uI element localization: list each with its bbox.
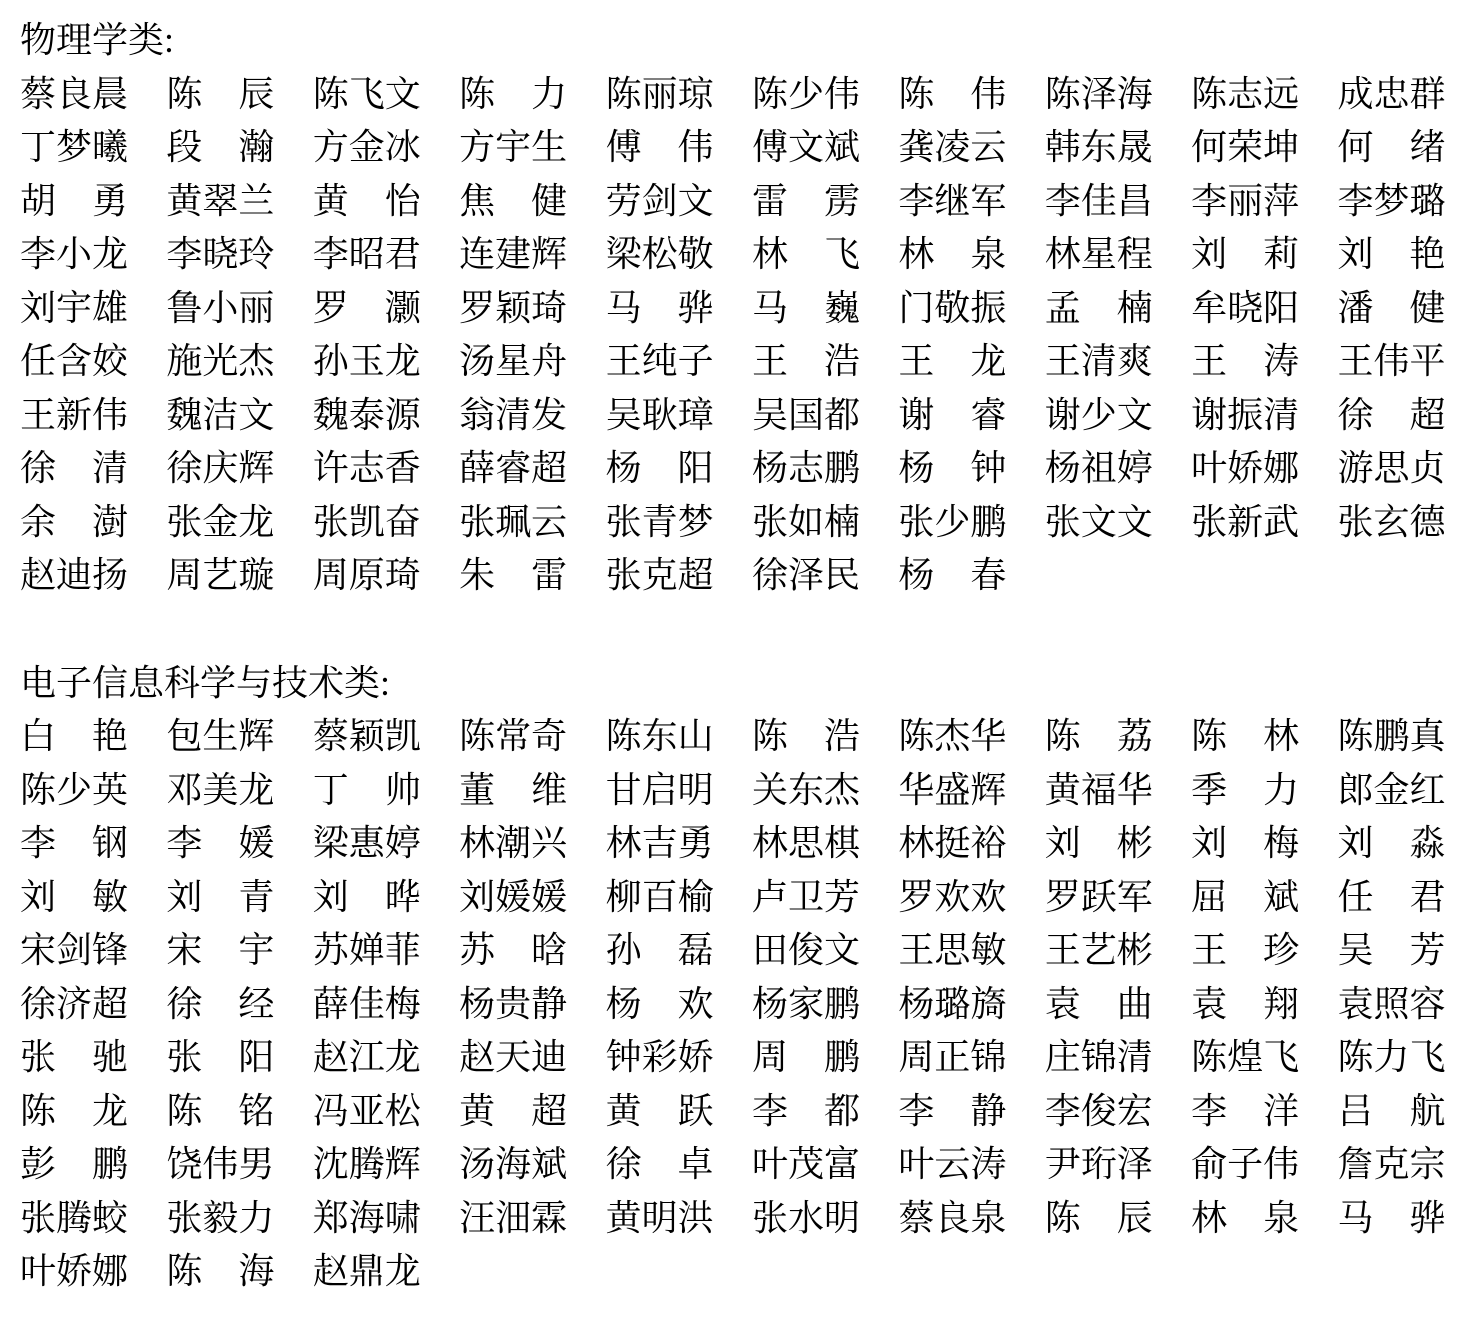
student-name: 袁曲	[1045, 978, 1153, 1032]
student-name: 潘健	[1338, 282, 1446, 336]
name-row: 王新伟魏洁文魏泰源翁清发吴耿璋吴国都谢睿谢少文谢振清徐超	[20, 389, 1444, 443]
student-name: 关东杰	[752, 764, 860, 818]
student-name: 吴耿璋	[606, 389, 714, 443]
student-name: 王伟平	[1338, 335, 1446, 389]
student-name: 陈少伟	[752, 68, 860, 122]
student-name: 李静	[898, 1085, 1006, 1139]
section-physics: 物理学类: 蔡良晨陈辰陈飞文陈力陈丽琼陈少伟陈伟陈泽海陈志远成忠群丁梦曦段瀚方金…	[20, 14, 1444, 603]
student-name: 王涛	[1191, 335, 1299, 389]
name-row: 赵迪扬周艺璇周原琦朱雷张克超徐泽民杨春	[20, 549, 1444, 603]
student-name: 李洋	[1191, 1085, 1299, 1139]
student-name: 董维	[459, 764, 567, 818]
student-name: 林吉勇	[606, 817, 714, 871]
student-name: 陈飞文	[313, 68, 421, 122]
student-name: 罗颖琦	[459, 282, 567, 336]
student-name: 卢卫芳	[752, 871, 860, 925]
student-name: 袁翔	[1191, 978, 1299, 1032]
student-name: 张克超	[606, 549, 714, 603]
student-name: 王龙	[898, 335, 1006, 389]
name-grid-electronic-info: 白艳包生辉蔡颖凯陈常奇陈东山陈浩陈杰华陈荔陈林陈鹏真陈少英邓美龙丁帅董维甘启明关…	[20, 710, 1444, 1299]
name-row: 刘敏刘青刘晔刘媛媛柳百榆卢卫芳罗欢欢罗跃军屈斌任君	[20, 871, 1444, 925]
student-name: 胡勇	[20, 175, 128, 229]
student-name: 李继军	[898, 175, 1006, 229]
student-name: 张阳	[166, 1031, 274, 1085]
student-name: 徐经	[166, 978, 274, 1032]
student-name: 赵江龙	[313, 1031, 421, 1085]
student-name: 连建辉	[459, 228, 567, 282]
student-name: 张水明	[752, 1192, 860, 1246]
name-row: 白艳包生辉蔡颖凯陈常奇陈东山陈浩陈杰华陈荔陈林陈鹏真	[20, 710, 1444, 764]
student-name: 王珍	[1191, 924, 1299, 978]
student-name: 魏洁文	[166, 389, 274, 443]
student-name: 赵天迪	[459, 1031, 567, 1085]
student-name: 张毅力	[166, 1192, 274, 1246]
student-name: 王浩	[752, 335, 860, 389]
student-name: 宋宇	[166, 924, 274, 978]
student-name: 饶伟男	[166, 1138, 274, 1192]
name-row: 蔡良晨陈辰陈飞文陈力陈丽琼陈少伟陈伟陈泽海陈志远成忠群	[20, 68, 1444, 122]
student-name: 刘彬	[1045, 817, 1153, 871]
student-name: 刘媛媛	[459, 871, 567, 925]
student-name: 刘艳	[1338, 228, 1446, 282]
student-name: 游思贞	[1338, 442, 1446, 496]
student-name: 华盛辉	[898, 764, 1006, 818]
student-name: 李佳昌	[1045, 175, 1153, 229]
name-row: 任含姣施光杰孙玉龙汤星舟王纯子王浩王龙王清爽王涛王伟平	[20, 335, 1444, 389]
student-name: 谢睿	[898, 389, 1006, 443]
student-name: 刘梅	[1191, 817, 1299, 871]
student-name: 周原琦	[313, 549, 421, 603]
student-name: 黄怡	[313, 175, 421, 229]
student-name: 杨欢	[606, 978, 714, 1032]
student-name: 陈浩	[752, 710, 860, 764]
student-name: 丁帅	[313, 764, 421, 818]
student-name: 李晓玲	[166, 228, 274, 282]
student-name: 陈力飞	[1338, 1031, 1446, 1085]
name-row: 丁梦曦段瀚方金冰方宇生傅伟傅文斌龚凌云韩东晟何荣坤何绪	[20, 121, 1444, 175]
student-name: 叶娇娜	[1191, 442, 1299, 496]
student-name: 陈常奇	[459, 710, 567, 764]
student-name: 徐清	[20, 442, 128, 496]
student-name: 刘敏	[20, 871, 128, 925]
student-name: 钟彩娇	[606, 1031, 714, 1085]
name-row: 张驰张阳赵江龙赵天迪钟彩娇周鹏周正锦庄锦清陈煌飞陈力飞	[20, 1031, 1444, 1085]
name-row: 陈龙陈铭冯亚松黄超黄跃李都李静李俊宏李洋吕航	[20, 1085, 1444, 1139]
student-name: 方宇生	[459, 121, 567, 175]
student-name: 陈伟	[898, 68, 1006, 122]
student-name: 李梦璐	[1338, 175, 1446, 229]
student-name: 徐卓	[606, 1138, 714, 1192]
student-name: 张玄德	[1338, 496, 1446, 550]
student-name: 庄锦清	[1045, 1031, 1153, 1085]
student-name: 孟楠	[1045, 282, 1153, 336]
student-name: 刘晔	[313, 871, 421, 925]
name-row: 李小龙李晓玲李昭君连建辉梁松敬林飞林泉林星程刘莉刘艳	[20, 228, 1444, 282]
student-name: 陈鹏真	[1338, 710, 1446, 764]
student-name: 黄福华	[1045, 764, 1153, 818]
name-list-document: 物理学类: 蔡良晨陈辰陈飞文陈力陈丽琼陈少伟陈伟陈泽海陈志远成忠群丁梦曦段瀚方金…	[0, 0, 1464, 1299]
student-name: 徐超	[1338, 389, 1446, 443]
student-name: 成忠群	[1338, 68, 1446, 122]
student-name: 陈龙	[20, 1085, 128, 1139]
student-name: 何绪	[1338, 121, 1446, 175]
student-name: 方金冰	[313, 121, 421, 175]
student-name: 王艺彬	[1045, 924, 1153, 978]
student-name: 杨贵静	[459, 978, 567, 1032]
student-name: 牟晓阳	[1191, 282, 1299, 336]
student-name: 杨祖婷	[1045, 442, 1153, 496]
student-name: 许志香	[313, 442, 421, 496]
student-name: 施光杰	[166, 335, 274, 389]
student-name: 甘启明	[606, 764, 714, 818]
student-name: 刘淼	[1338, 817, 1446, 871]
student-name: 韩东晟	[1045, 121, 1153, 175]
student-name: 李媛	[166, 817, 274, 871]
student-name: 陈铭	[166, 1085, 274, 1139]
student-name: 蔡良泉	[898, 1192, 1006, 1246]
student-name: 刘莉	[1191, 228, 1299, 282]
student-name: 傅伟	[606, 121, 714, 175]
student-name: 焦健	[459, 175, 567, 229]
student-name: 陈荔	[1045, 710, 1153, 764]
student-name: 季力	[1191, 764, 1299, 818]
name-row: 张腾蛟张毅力郑海啸汪沺霖黄明洪张水明蔡良泉陈辰林泉马骅	[20, 1192, 1444, 1246]
student-name: 谢振清	[1191, 389, 1299, 443]
student-name: 孙磊	[606, 924, 714, 978]
student-name: 徐泽民	[752, 549, 860, 603]
student-name: 朱雷	[459, 549, 567, 603]
student-name: 陈少英	[20, 764, 128, 818]
student-name: 陈丽琼	[606, 68, 714, 122]
student-name: 黄跃	[606, 1085, 714, 1139]
student-name: 刘青	[166, 871, 274, 925]
student-name: 徐庆辉	[166, 442, 274, 496]
section-title-electronic-info: 电子信息科学与技术类:	[20, 657, 1444, 711]
student-name: 任含姣	[20, 335, 128, 389]
student-name: 杨志鹏	[752, 442, 860, 496]
student-name: 彭鹏	[20, 1138, 128, 1192]
student-name: 刘宇雄	[20, 282, 128, 336]
student-name: 张新武	[1191, 496, 1299, 550]
student-name: 林飞	[752, 228, 860, 282]
student-name: 梁惠婷	[313, 817, 421, 871]
student-name: 罗跃军	[1045, 871, 1153, 925]
student-name: 叶娇娜	[20, 1245, 128, 1299]
student-name: 李昭君	[313, 228, 421, 282]
student-name: 张凯奋	[313, 496, 421, 550]
student-name: 任君	[1338, 871, 1446, 925]
name-row: 彭鹏饶伟男沈腾辉汤海斌徐卓叶茂富叶云涛尹珩泽俞子伟詹克宗	[20, 1138, 1444, 1192]
student-name: 黄超	[459, 1085, 567, 1139]
student-name: 包生辉	[166, 710, 274, 764]
student-name: 张青梦	[606, 496, 714, 550]
student-name: 黄翠兰	[166, 175, 274, 229]
student-name: 周正锦	[898, 1031, 1006, 1085]
student-name: 张少鹏	[898, 496, 1006, 550]
student-name: 李丽萍	[1191, 175, 1299, 229]
student-name: 王清爽	[1045, 335, 1153, 389]
student-name: 马骅	[1338, 1192, 1446, 1246]
student-name: 罗欢欢	[898, 871, 1006, 925]
student-name: 袁照容	[1338, 978, 1446, 1032]
student-name: 门敬振	[898, 282, 1006, 336]
student-name: 张金龙	[166, 496, 274, 550]
student-name: 黄明洪	[606, 1192, 714, 1246]
student-name: 邓美龙	[166, 764, 274, 818]
student-name: 陈林	[1191, 710, 1299, 764]
student-name: 杨阳	[606, 442, 714, 496]
name-row: 陈少英邓美龙丁帅董维甘启明关东杰华盛辉黄福华季力郎金红	[20, 764, 1444, 818]
student-name: 吕航	[1338, 1085, 1446, 1139]
student-name: 杨家鹏	[752, 978, 860, 1032]
student-name: 郎金红	[1338, 764, 1446, 818]
student-name: 薛佳梅	[313, 978, 421, 1032]
student-name: 鲁小丽	[166, 282, 274, 336]
student-name: 俞子伟	[1191, 1138, 1299, 1192]
name-row: 叶娇娜陈海赵鼎龙	[20, 1245, 1444, 1299]
student-name: 张驰	[20, 1031, 128, 1085]
student-name: 何荣坤	[1191, 121, 1299, 175]
student-name: 林泉	[1191, 1192, 1299, 1246]
student-name: 周艺璇	[166, 549, 274, 603]
student-name: 谢少文	[1045, 389, 1153, 443]
student-name: 白艳	[20, 710, 128, 764]
student-name: 陈东山	[606, 710, 714, 764]
student-name: 雷雳	[752, 175, 860, 229]
student-name: 薛睿超	[459, 442, 567, 496]
student-name: 陈辰	[1045, 1192, 1153, 1246]
student-name: 张如楠	[752, 496, 860, 550]
student-name: 李小龙	[20, 228, 128, 282]
student-name: 尹珩泽	[1045, 1138, 1153, 1192]
student-name: 林星程	[1045, 228, 1153, 282]
student-name: 傅文斌	[752, 121, 860, 175]
section-electronic-info: 电子信息科学与技术类: 白艳包生辉蔡颖凯陈常奇陈东山陈浩陈杰华陈荔陈林陈鹏真陈少…	[20, 657, 1444, 1299]
student-name: 陈力	[459, 68, 567, 122]
student-name: 林泉	[898, 228, 1006, 282]
student-name: 詹克宗	[1338, 1138, 1446, 1192]
student-name: 沈腾辉	[313, 1138, 421, 1192]
student-name: 郑海啸	[313, 1192, 421, 1246]
student-name: 段瀚	[166, 121, 274, 175]
name-grid-physics: 蔡良晨陈辰陈飞文陈力陈丽琼陈少伟陈伟陈泽海陈志远成忠群丁梦曦段瀚方金冰方宇生傅伟…	[20, 68, 1444, 603]
student-name: 徐济超	[20, 978, 128, 1032]
student-name: 蔡良晨	[20, 68, 128, 122]
student-name: 孙玉龙	[313, 335, 421, 389]
name-row: 徐清徐庆辉许志香薛睿超杨阳杨志鹏杨钟杨祖婷叶娇娜游思贞	[20, 442, 1444, 496]
student-name: 杨钟	[898, 442, 1006, 496]
student-name: 林思棋	[752, 817, 860, 871]
student-name: 罗灏	[313, 282, 421, 336]
student-name: 杨璐旖	[898, 978, 1006, 1032]
student-name: 屈斌	[1191, 871, 1299, 925]
student-name: 马骅	[606, 282, 714, 336]
name-row: 余澍张金龙张凯奋张珮云张青梦张如楠张少鹏张文文张新武张玄德	[20, 496, 1444, 550]
student-name: 陈杰华	[898, 710, 1006, 764]
student-name: 周鹏	[752, 1031, 860, 1085]
student-name: 赵鼎龙	[313, 1245, 421, 1299]
student-name: 宋剑锋	[20, 924, 128, 978]
student-name: 梁松敬	[606, 228, 714, 282]
student-name: 赵迪扬	[20, 549, 128, 603]
student-name: 张珮云	[459, 496, 567, 550]
student-name: 叶云涛	[898, 1138, 1006, 1192]
student-name: 林挺裕	[898, 817, 1006, 871]
student-name: 田俊文	[752, 924, 860, 978]
name-row: 刘宇雄鲁小丽罗灏罗颖琦马骅马巍门敬振孟楠牟晓阳潘健	[20, 282, 1444, 336]
student-name: 张腾蛟	[20, 1192, 128, 1246]
student-name: 魏泰源	[313, 389, 421, 443]
student-name: 王思敏	[898, 924, 1006, 978]
student-name: 叶茂富	[752, 1138, 860, 1192]
student-name: 陈辰	[166, 68, 274, 122]
student-name: 李俊宏	[1045, 1085, 1153, 1139]
student-name: 吴芳	[1338, 924, 1446, 978]
student-name: 蔡颖凯	[313, 710, 421, 764]
student-name: 苏婵菲	[313, 924, 421, 978]
name-row: 徐济超徐经薛佳梅杨贵静杨欢杨家鹏杨璐旖袁曲袁翔袁照容	[20, 978, 1444, 1032]
student-name: 陈煌飞	[1191, 1031, 1299, 1085]
student-name: 王新伟	[20, 389, 128, 443]
student-name: 苏晗	[459, 924, 567, 978]
name-row: 李钢李媛梁惠婷林潮兴林吉勇林思棋林挺裕刘彬刘梅刘淼	[20, 817, 1444, 871]
student-name: 冯亚松	[313, 1085, 421, 1139]
student-name: 翁清发	[459, 389, 567, 443]
student-name: 杨春	[898, 549, 1006, 603]
name-row: 宋剑锋宋宇苏婵菲苏晗孙磊田俊文王思敏王艺彬王珍吴芳	[20, 924, 1444, 978]
student-name: 王纯子	[606, 335, 714, 389]
section-title-physics: 物理学类:	[20, 14, 1444, 68]
student-name: 陈志远	[1191, 68, 1299, 122]
student-name: 李都	[752, 1085, 860, 1139]
student-name: 汪沺霖	[459, 1192, 567, 1246]
student-name: 余澍	[20, 496, 128, 550]
student-name: 陈泽海	[1045, 68, 1153, 122]
student-name: 汤星舟	[459, 335, 567, 389]
student-name: 张文文	[1045, 496, 1153, 550]
student-name: 马巍	[752, 282, 860, 336]
student-name: 龚凌云	[898, 121, 1006, 175]
student-name: 吴国都	[752, 389, 860, 443]
student-name: 李钢	[20, 817, 128, 871]
student-name: 丁梦曦	[20, 121, 128, 175]
student-name: 劳剑文	[606, 175, 714, 229]
student-name: 林潮兴	[459, 817, 567, 871]
student-name: 柳百榆	[606, 871, 714, 925]
name-row: 胡勇黄翠兰黄怡焦健劳剑文雷雳李继军李佳昌李丽萍李梦璐	[20, 175, 1444, 229]
student-name: 陈海	[166, 1245, 274, 1299]
student-name: 汤海斌	[459, 1138, 567, 1192]
